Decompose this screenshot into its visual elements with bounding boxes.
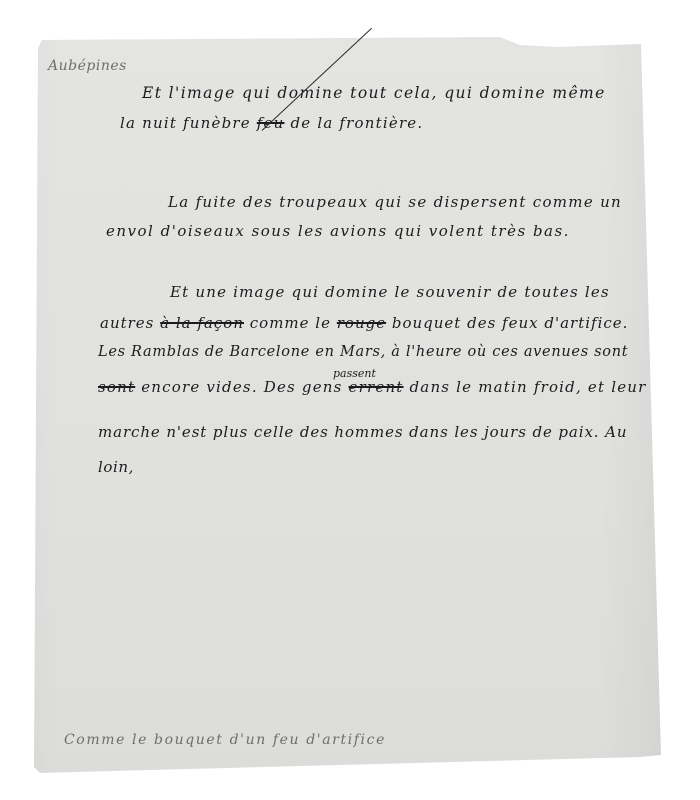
p3-line2-end: bouquet des feux d'artifice. [392,314,629,332]
p3-line4-end: dans le matin froid, et leur [410,378,647,396]
p3-line2-start: autres [100,314,154,332]
margin-note-bottom: Comme le bouquet d'un feu d'artifice [64,732,386,748]
struck-word: rouge [337,314,386,332]
p3-line4-start: encore vides. Des gens [141,378,342,396]
struck-word: errent [349,378,404,396]
struck-phrase: à la façon [160,314,244,332]
p3-line6: loin, [98,458,134,476]
p2-line1: La fuite des troupeaux qui se dispersent… [168,193,622,211]
p3-line4: sont encore vides. Des gens errent dans … [98,378,647,396]
p3-line1: Et une image qui domine le souvenir de t… [170,283,610,301]
margin-note-top: Aubépines [48,58,127,74]
p2-line2: envol d'oiseaux sous les avions qui vole… [106,222,570,240]
p3-line2: autres à la façon comme le rouge bouquet… [100,314,628,332]
struck-word: sont [98,378,135,396]
p1-line2-text: la nuit funèbre [120,114,251,132]
p3-line5: marche n'est plus celle des hommes dans … [98,423,627,441]
inserted-word: passent [333,367,376,380]
p1-line2: la nuit funèbre feu de la frontière. [120,114,423,132]
p3-line3: Les Ramblas de Barcelone en Mars, à l'he… [98,344,628,360]
p3-line2-mid: comme le [250,314,331,332]
p1-line1: Et l'image qui domine tout cela, qui dom… [142,84,606,102]
p1-line2-end: de la frontière. [290,114,423,132]
